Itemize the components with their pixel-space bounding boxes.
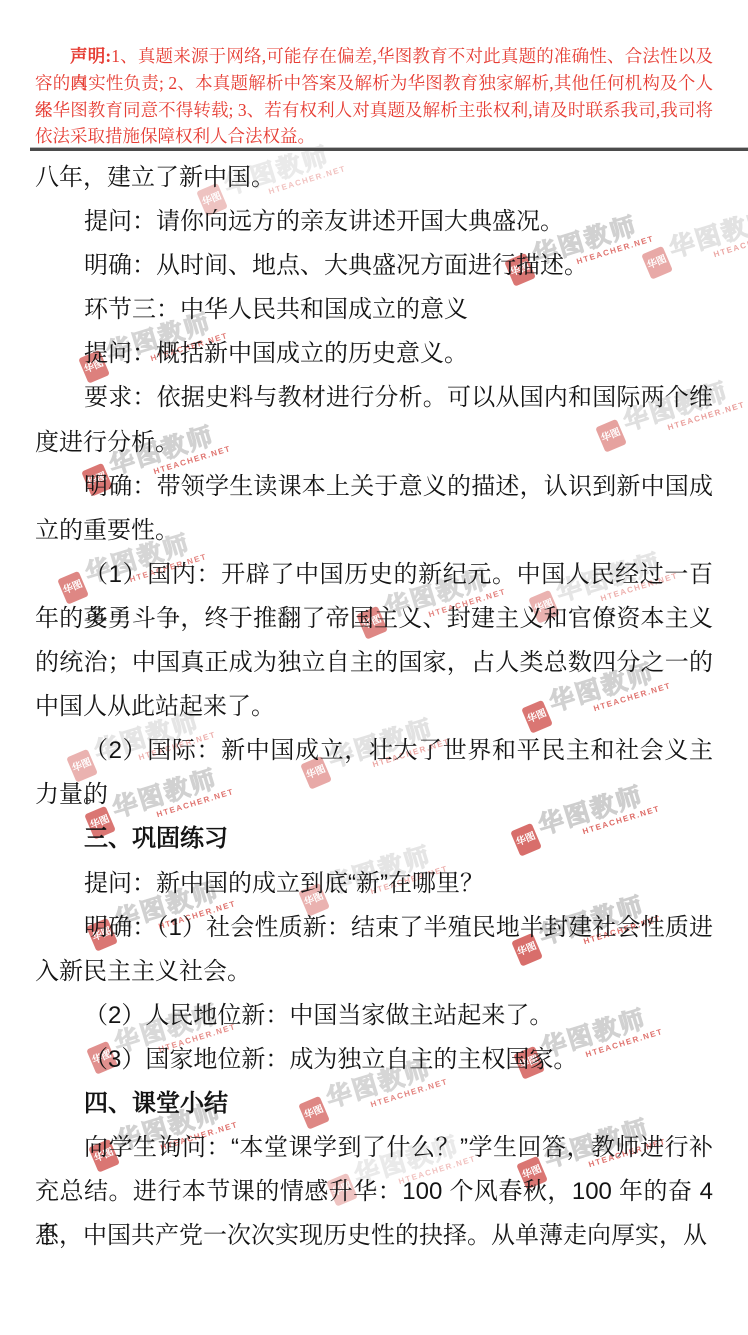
body-line: （1）国内：开辟了中国历史的新纪元。中国人民经过一百多 <box>35 553 713 597</box>
disclaimer-line: 经华图教育同意不得转载; 3、若有权利人对真题及解析主张权利,请及时联系我司,我… <box>35 97 713 124</box>
body-line: 的统治；中国真正成为独立自主的国家，占人类总数四分之一的 <box>35 641 713 685</box>
document-page: 华图华图教师HTEACHER.NET华图华图教师HTEACHER.NET华图华图… <box>0 0 748 1335</box>
disclaimer-prefix: 声明: <box>70 46 111 66</box>
body-line: 提问：请你向远方的亲友讲述开国大典盛况。 <box>35 200 713 244</box>
body-line: 立的重要性。 <box>35 509 713 553</box>
body-line: 明确：（1）社会性质新：结束了半殖民地半封建社会性质进 <box>35 906 713 950</box>
section-heading: 三、巩固练习 <box>35 817 713 861</box>
body-line: 力量。 <box>35 773 713 817</box>
body-line: 环节三：中华人民共和国成立的意义 <box>35 288 713 332</box>
body-line: 入新民主主义社会。 <box>35 950 713 994</box>
body-text: 八年，建立了新中国。提问：请你向远方的亲友讲述开国大典盛况。明确：从时间、地点、… <box>35 156 713 1258</box>
disclaimer-line: 容的真实性负责; 2、本真题解析中答案及解析为华图教育独家解析,其他任何机构及个… <box>35 70 713 97</box>
divider-rule <box>30 147 748 151</box>
disclaimer-line: 声明:1、真题来源于网络,可能存在偏差,华图教育不对此真题的准确性、合法性以及内 <box>35 43 713 70</box>
body-line: （3）国家地位新：成为独立自主的主权国家。 <box>35 1038 713 1082</box>
body-line: 向学生询问：“本堂课学到了什么？”学生回答，教师进行补 <box>35 1126 713 1170</box>
body-line: 要求：依据史料与教材进行分析。可以从国内和国际两个维 <box>35 376 713 420</box>
body-line: 提问：概括新中国成立的历史意义。 <box>35 332 713 376</box>
body-line: 明确：带领学生读课本上关于意义的描述，认识到新中国成 <box>35 465 713 509</box>
body-line: 息，中国共产党一次次实现历史性的抉择。从单薄走向厚实，从 <box>35 1214 713 1258</box>
body-line: 提问：新中国的成立到底“新”在哪里？ <box>35 862 713 906</box>
watermark-site-url: HTEACHER.NET <box>713 228 748 259</box>
body-line: 充总结。进行本节课的情感升华：100 个风春秋，100 年的奋 4 不 <box>35 1170 713 1214</box>
section-heading: 四、课堂小结 <box>35 1082 713 1126</box>
body-line: 年的英勇斗争，终于推翻了帝国主义、封建主义和官僚资本主义 <box>35 597 713 641</box>
body-line: （2）人民地位新：中国当家做主站起来了。 <box>35 994 713 1038</box>
body-line: 明确：从时间、地点、大典盛况方面进行描述。 <box>35 244 713 288</box>
body-line: 度进行分析。 <box>35 421 713 465</box>
body-line: （2）国际：新中国成立，壮大了世界和平民主和社会义主的 <box>35 729 713 773</box>
body-line: 八年，建立了新中国。 <box>35 156 713 200</box>
disclaimer-text: 声明:1、真题来源于网络,可能存在偏差,华图教育不对此真题的准确性、合法性以及内… <box>35 43 713 150</box>
body-line: 中国人从此站起来了。 <box>35 685 713 729</box>
